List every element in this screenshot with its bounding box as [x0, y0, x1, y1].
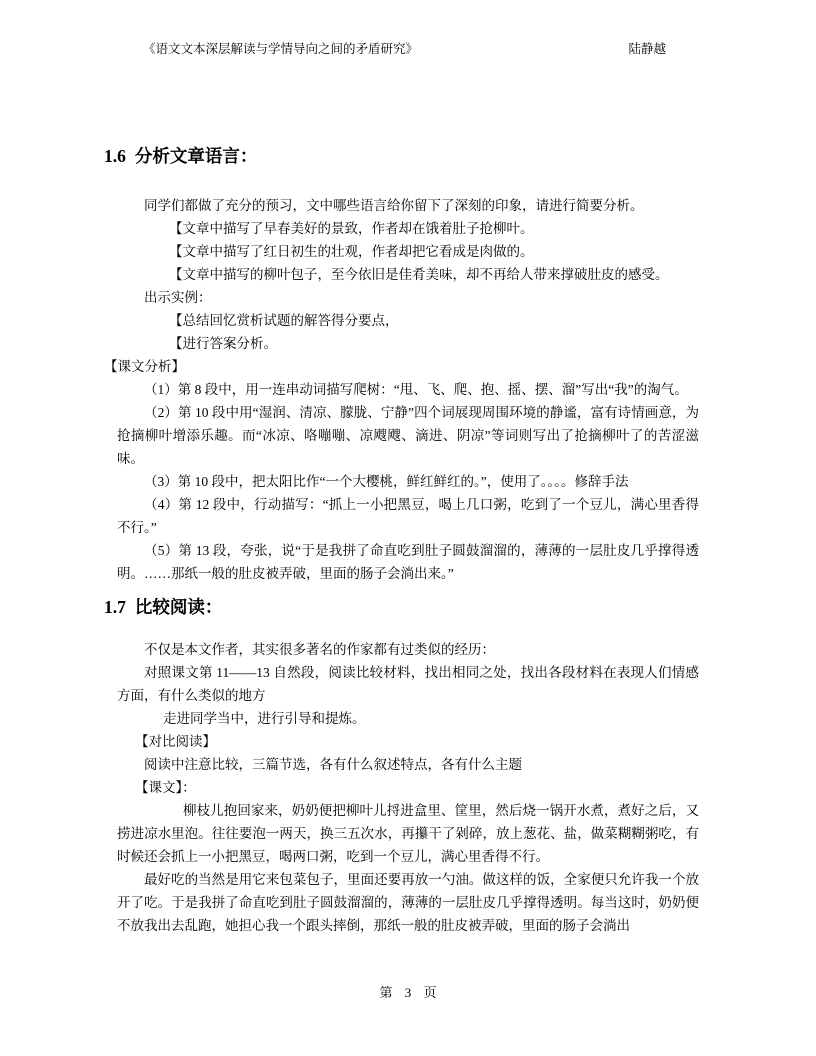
paragraph: 【文章中描写了红日初生的壮观，作者却把它看成是肉做的。 — [117, 240, 699, 263]
document-page: 《语文文本深层解读与学情导向之间的矛盾研究》 陆静越 1.6分析文章语言： 同学… — [0, 0, 816, 1056]
section-heading-1-6: 1.6分析文章语言： — [104, 144, 699, 168]
paragraph: 柳枝儿抱回家来，奶奶便把柳叶儿捋进盒里、筐里，然后烧一锅开水煮，煮好之后，又捞进… — [117, 799, 699, 868]
paragraph: 不仅是本文作者，其实很多著名的作家都有过类似的经历： — [117, 638, 699, 661]
section-number: 1.6 — [104, 146, 126, 166]
page-footer: 第 3 页 — [0, 982, 816, 1001]
paragraph: 【总结回忆赏析试题的解答得分要点， — [117, 309, 699, 332]
page-header: 《语文文本深层解读与学情导向之间的矛盾研究》 陆静越 — [0, 0, 816, 57]
paragraph: （1）第 8 段中，用一连串动词描写爬树：“甩、飞、爬、抱、摇、摆、溜”写出“我… — [117, 378, 699, 401]
paragraph: 走进同学当中，进行引导和提炼。 — [117, 707, 699, 730]
section-title: 比较阅读： — [135, 597, 223, 617]
page-number: 第 3 页 — [379, 985, 436, 1000]
paragraph: （2）第 10 段中用“湿润、清凉、朦胧、宁静”四个词展现周围环境的静谧，富有诗… — [117, 401, 699, 470]
paragraph: 【课文分析】 — [117, 355, 699, 378]
page-content: 1.6分析文章语言： 同学们都做了充分的预习，文中哪些语言给你留下了深刻的印象，… — [117, 144, 699, 937]
paragraph: 【对比阅读】 — [117, 730, 699, 753]
paragraph: 阅读中注意比较，三篇节选，各有什么叙述特点，各有什么主题 — [117, 753, 699, 776]
section-number: 1.7 — [104, 597, 126, 617]
section-heading-1-7: 1.7比较阅读： — [104, 595, 699, 619]
paragraph: 【文章中描写的柳叶包子，至今依旧是佳肴美味，却不再给人带来撑破肚皮的感受。 — [117, 263, 699, 286]
section-title: 分析文章语言： — [135, 146, 258, 166]
header-author: 陆静越 — [628, 41, 666, 57]
paragraph: 最好吃的当然是用它来包菜包子，里面还要再放一勺油。做这样的饭，全家便只允许我一个… — [117, 868, 699, 937]
paragraph: 同学们都做了充分的预习，文中哪些语言给你留下了深刻的印象，请进行简要分析。 — [117, 194, 699, 217]
paragraph: 【文章中描写了早春美好的景致，作者却在饿着肚子抢柳叶。 — [117, 217, 699, 240]
paragraph: 对照课文第 11——13 自然段，阅读比较材料，找出相同之处，找出各段材料在表现… — [117, 661, 699, 707]
paragraph: 【进行答案分析。 — [117, 332, 699, 355]
paragraph: （3）第 10 段中，把太阳比作“一个大樱桃，鲜红鲜红的。”，使用了。。。。修辞… — [117, 470, 699, 493]
paragraph: 【课文】： — [117, 776, 699, 799]
paragraph: （4）第 12 段中，行动描写：“抓上一小把黑豆，喝上几口粥，吃到了一个豆儿，满… — [117, 493, 699, 539]
paragraph: （5）第 13 段，夸张，说“于是我拼了命直吃到肚子圆鼓溜溜的，薄薄的一层肚皮几… — [117, 539, 699, 585]
header-title: 《语文文本深层解读与学情导向之间的矛盾研究》 — [143, 41, 418, 57]
paragraph: 出示实例： — [117, 286, 699, 309]
